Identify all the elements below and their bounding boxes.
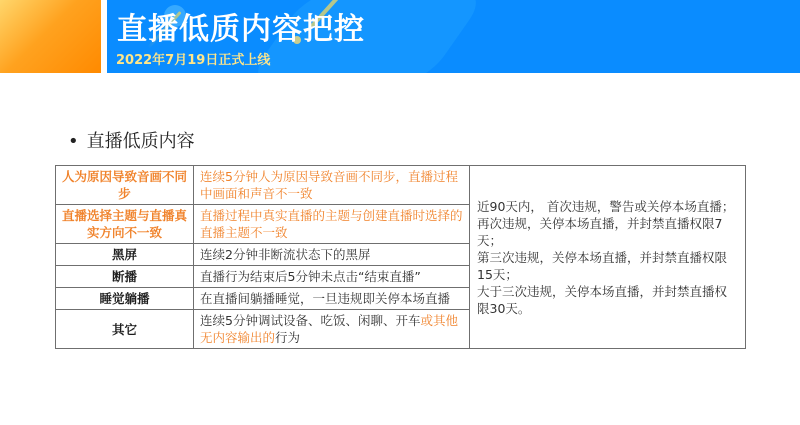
description-text: 行为 [275, 330, 300, 345]
violation-type: 人为原因导致音画不同步 [56, 166, 194, 205]
page-title: 直播低质内容把控 [117, 4, 365, 48]
penalty-line: 第三次违规，关停本场直播，并封禁直播权限15天； [477, 249, 739, 283]
violation-type: 直播选择主题与直播真实方向不一致 [56, 205, 194, 244]
description-text: 连续5分钟调试设备、吃饭、闲聊、开车 [200, 313, 420, 328]
launch-date-subtitle: 2022年7月19日正式上线 [116, 49, 270, 68]
violation-type: 黑屏 [56, 244, 194, 266]
violation-description: 直播过程中真实直播的主题与创建直播时选择的直播主题不一致 [194, 205, 470, 244]
table-row: 人为原因导致音画不同步 连续5分钟人为原因导致音画不同步，直播过程中画面和声音不… [56, 166, 746, 205]
section-heading-text: 直播低质内容 [87, 131, 195, 152]
violation-type: 断播 [56, 266, 194, 288]
penalty-line: 近90天内， 首次违规，警告或关停本场直播； [477, 198, 739, 215]
violation-description: 连续2分钟非断流状态下的黑屏 [194, 244, 470, 266]
violation-type: 其它 [56, 310, 194, 349]
violation-description: 直播行为结束后5分钟未点击“结束直播” [194, 266, 470, 288]
violation-type: 睡觉躺播 [56, 288, 194, 310]
header-accent-block [0, 0, 101, 73]
violation-description: 连续5分钟调试设备、吃饭、闲聊、开车或其他无内容输出的行为 [194, 310, 470, 349]
bullet-icon: • [68, 131, 79, 152]
penalty-line: 再次违规，关停本场直播，并封禁直播权限7天； [477, 215, 739, 249]
low-quality-content-table: 人为原因导致音画不同步 连续5分钟人为原因导致音画不同步，直播过程中画面和声音不… [55, 165, 746, 349]
violation-description: 连续5分钟人为原因导致音画不同步，直播过程中画面和声音不一致 [194, 166, 470, 205]
violation-description: 在直播间躺播睡觉，一旦违规即关停本场直播 [194, 288, 470, 310]
section-heading: •直播低质内容 [68, 127, 195, 153]
penalty-rules: 近90天内， 首次违规，警告或关停本场直播； 再次违规，关停本场直播，并封禁直播… [470, 166, 746, 349]
penalty-line: 大于三次违规，关停本场直播，并封禁直播权限30天。 [477, 283, 739, 317]
